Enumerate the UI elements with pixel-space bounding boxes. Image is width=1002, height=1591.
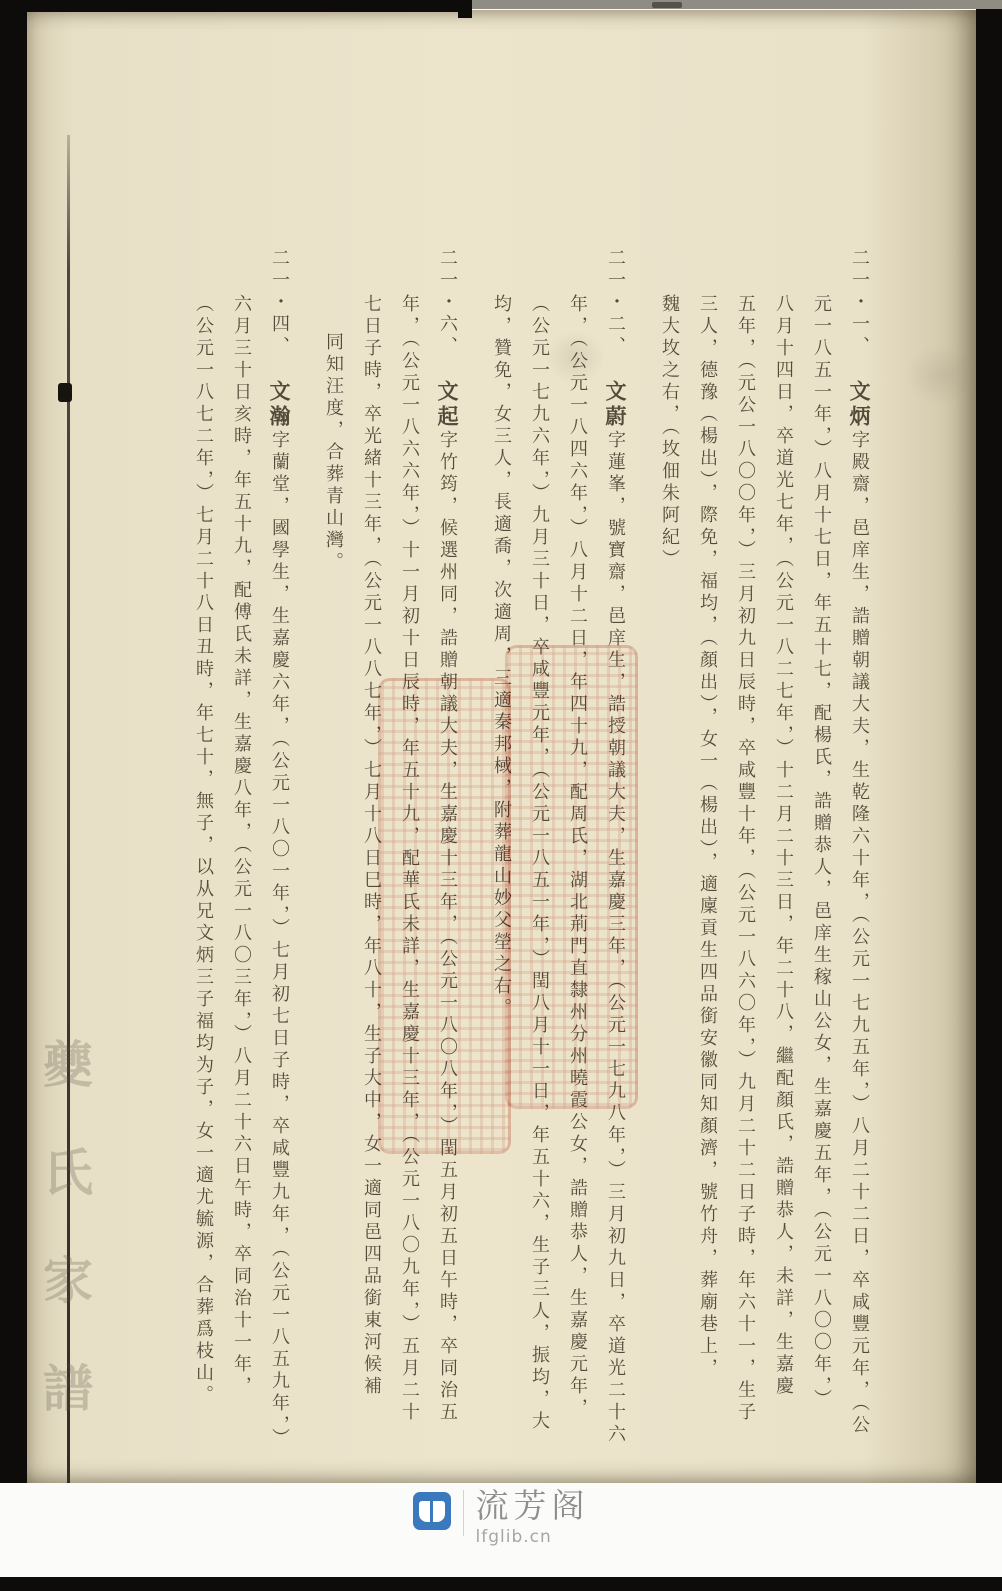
entry-1-col-5: 三人，德豫（楊出），際免，福均，（顏出），女一（楊出），適廩貢生四品銜安徽同知顏… — [688, 248, 726, 1463]
entry-3-person-name: 文起 — [435, 380, 460, 430]
scanned-genealogy-page: { "entries": [ { "number": "二一・一、", "nam… — [0, 0, 1002, 1591]
spine-char: 夔 — [35, 1038, 94, 1146]
entry-4-col-2: 六月三十日亥時，年五十九，配傅氏未詳，生嘉慶八年，（公元一八〇三年，）八月二十六… — [222, 248, 260, 1463]
entry-1-number: 二一・一、 — [849, 248, 870, 358]
spine-bleed-through-title: 夔氏家譜 — [28, 1038, 100, 1508]
site-watermark: 流芳阁 lfglib.cn — [0, 1488, 1002, 1547]
entry-1-col-4: 五年，（元公一八〇〇年，）三月初九日辰時，卒咸豐十年，（公元一八六〇年，）九月二… — [726, 248, 764, 1463]
book-logo-icon — [413, 1492, 451, 1530]
scan-edge-bottom — [0, 1577, 1002, 1591]
entry-3-number: 二一・六、 — [437, 248, 458, 358]
entry-4-col-3: （公元一八七二年，）七月二十八日丑時，年七十，無子，以从兄文炳三子福均为子，女一… — [184, 248, 222, 1463]
scan-edge-top — [0, 0, 458, 12]
red-seal-stamp — [505, 645, 638, 1109]
ink-blot — [58, 383, 72, 402]
scan-edge-top-right — [472, 0, 1002, 9]
scan-edge-notch — [458, 0, 472, 18]
binding-bar-left — [0, 0, 27, 1483]
entry-1-col-2: 元一八五一年，）八月十七日，年五十七，配楊氏，誥贈恭人，邑庠生稼山公女，生嘉慶五… — [802, 248, 840, 1463]
red-seal-stamp — [378, 678, 511, 1154]
entry-4-number: 二一・四、 — [269, 248, 290, 358]
entry-1-text: 字殿齋，邑庠生，誥贈朝議大夫，生乾隆六十年，（公元一七九五年，）八月二十二日，卒… — [849, 430, 870, 1437]
watermark-site-url: lfglib.cn — [476, 1527, 590, 1547]
watermark-site-name: 流芳阁 — [476, 1488, 590, 1524]
entry-4-text: 字蘭堂，國學生，生嘉慶六年，（公元一八〇一年，）七月初七日子時，卒咸豐九年，（公… — [269, 430, 290, 1450]
entry-2-person-name: 文蔚 — [603, 380, 628, 430]
entry-4-person-name: 文瀚 — [267, 380, 292, 430]
spine-char: 家 — [35, 1254, 94, 1362]
entry-1-col-6: 魏大坆之右，（坆佃朱阿紀） — [650, 248, 688, 1463]
paper-smudge — [905, 345, 975, 405]
entry-3-col-4: 同知汪度，合葬青山灣。 — [314, 248, 352, 1463]
binding-bar-right — [976, 0, 1002, 1483]
entry-1-col-3: 八月十四日，卒道光七年，（公元一八二七年，）十二月二十三日，年二十八，繼配顏氏，… — [764, 248, 802, 1463]
scan-edge-mark — [652, 2, 682, 8]
entry-1-col-1: 二一・一、文炳字殿齋，邑庠生，誥贈朝議大夫，生乾隆六十年，（公元一七九五年，）八… — [840, 248, 878, 1463]
spine-char: 譜 — [35, 1362, 94, 1470]
spine-char: 氏 — [35, 1146, 94, 1254]
watermark-divider — [463, 1490, 464, 1536]
entry-4-col-1: 二一・四、文瀚字蘭堂，國學生，生嘉慶六年，（公元一八〇一年，）七月初七日子時，卒… — [260, 248, 298, 1463]
entry-1-person-name: 文炳 — [847, 380, 872, 430]
entry-2-number: 二一・二、 — [605, 248, 626, 358]
